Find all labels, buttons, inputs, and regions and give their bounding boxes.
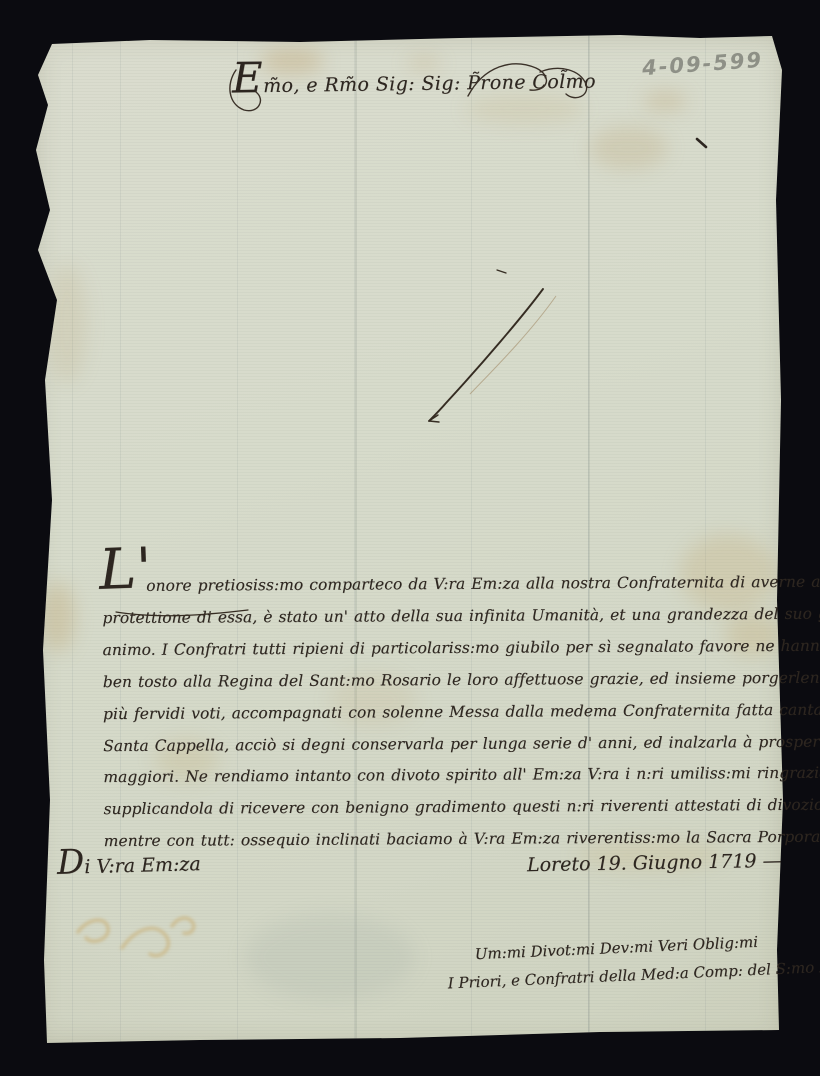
- manuscript-line: Santa Cappella, acciò si degni conservar…: [103, 726, 785, 762]
- manuscript-line: più fervidi voti, accompagnati con solen…: [103, 695, 785, 731]
- stain: [47, 264, 87, 384]
- stain: [465, 94, 585, 124]
- stain: [590, 126, 668, 170]
- manuscript-line: maggiori. Ne rendiamo intanto con divoto…: [103, 758, 785, 794]
- manuscript-line: animo. I Confratri tutti ripieni di part…: [103, 631, 785, 667]
- closing-address: Di V:ra Em:za: [57, 850, 201, 879]
- salutation-line: Em̃o, e Rm̃o Sig: Sig: P̃rone Col̃mo: [232, 63, 596, 97]
- manuscript-line: ben tosto alla Regina del Sant:mo Rosari…: [103, 663, 785, 699]
- stain: [643, 90, 687, 112]
- fold-crease: [355, 34, 357, 1046]
- letter-body: onore pretiosiss:mo comparteco da V:ra E…: [102, 567, 786, 858]
- dateline: Loreto 19. Giugno 1719 —: [527, 850, 782, 876]
- manuscript-line: protettione di essa, è stato un' atto de…: [102, 599, 784, 635]
- manuscript-line: supplicandola di ricevere con benigno gr…: [103, 790, 785, 826]
- scan-background: Em̃o, e Rm̃o Sig: Sig: P̃rone Col̃mo 4-0…: [0, 0, 820, 1076]
- manuscript-line: onore pretiosiss:mo comparteco da V:ra E…: [102, 567, 784, 603]
- stain: [245, 914, 415, 1000]
- fold-crease: [588, 34, 590, 1046]
- stain: [41, 582, 75, 652]
